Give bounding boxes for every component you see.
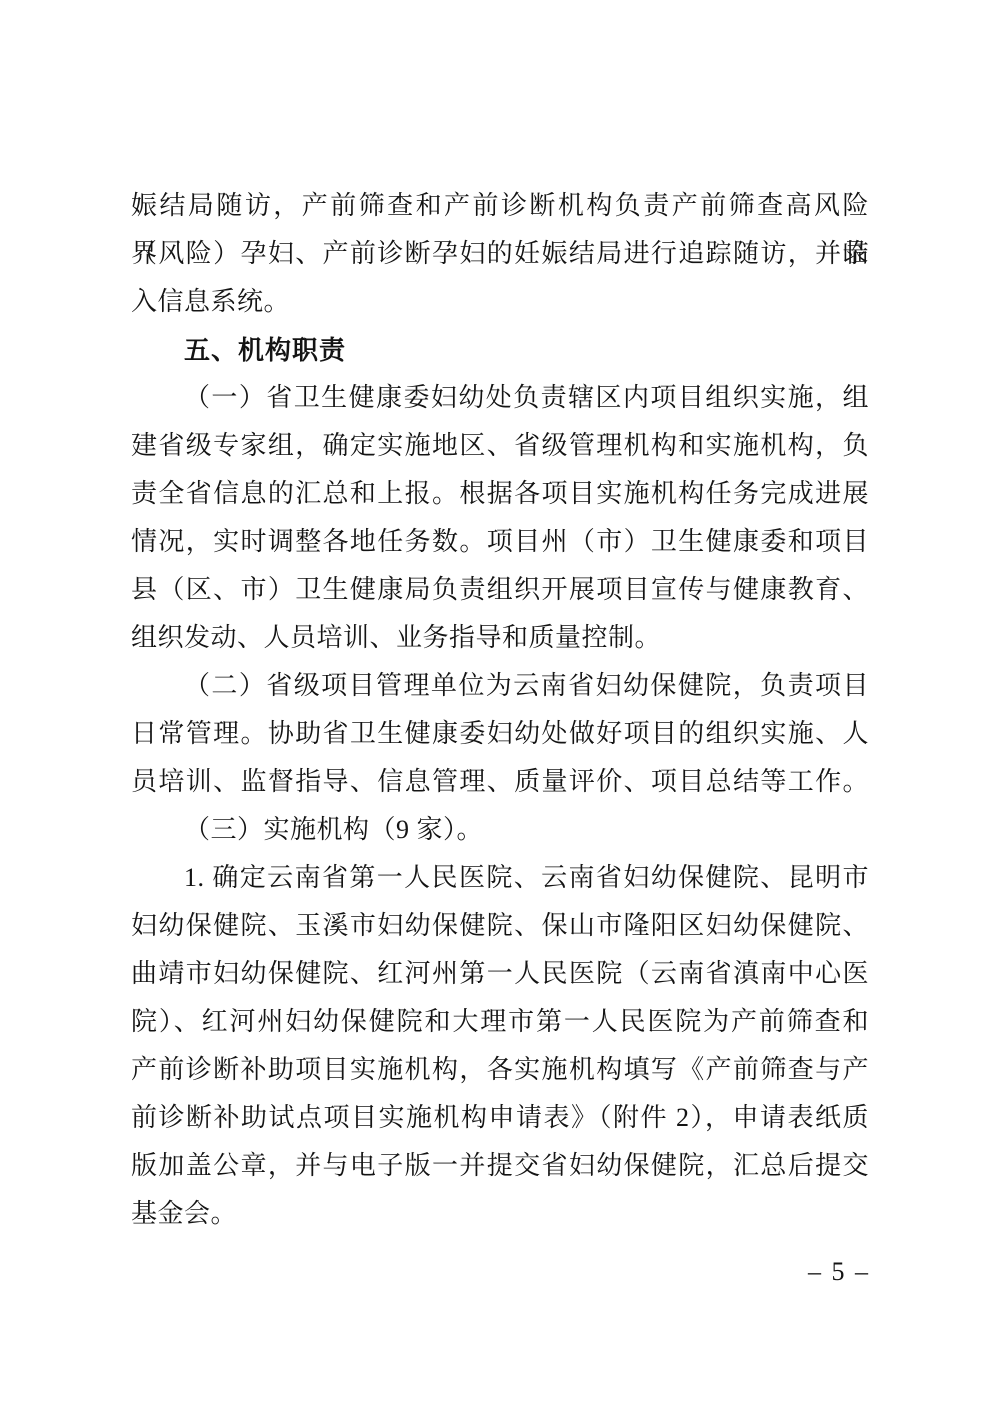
document-line: 曲靖市妇幼保健院、红河州第一人民医院（云南省滇南中心医 [131,950,869,998]
section-heading: 五、机构职责 [131,326,869,374]
document-line: 责全省信息的汇总和上报。根据各项目实施机构任务完成进展 [131,470,869,518]
document-body: 娠结局随访，产前筛查和产前诊断机构负责产前筛查高风险（临界风险）孕妇、产前诊断孕… [131,182,869,1238]
document-line: （一）省卫生健康委妇幼处负责辖区内项目组织实施，组 [131,374,869,422]
page-number: – 5 – [808,1252,870,1292]
document-line: 界风险）孕妇、产前诊断孕妇的妊娠结局进行追踪随访，并录 [131,230,869,278]
document-line: 院）、红河州妇幼保健院和大理市第一人民医院为产前筛查和 [131,998,869,1046]
document-line: 日常管理。协助省卫生健康委妇幼处做好项目的组织实施、人 [131,710,869,758]
document-line: 基金会。 [131,1190,869,1238]
document-line: 建省级专家组，确定实施地区、省级管理机构和实施机构，负 [131,422,869,470]
document-line: 员培训、监督指导、信息管理、质量评价、项目总结等工作。 [131,758,869,806]
document-line: 情况，实时调整各地任务数。项目州（市）卫生健康委和项目 [131,518,869,566]
document-line: （三）实施机构（9 家）。 [131,806,869,854]
document-line: 前诊断补助试点项目实施机构申请表》（附件 2），申请表纸质 [131,1094,869,1142]
document-line: 娠结局随访，产前筛查和产前诊断机构负责产前筛查高风险（临 [131,182,869,230]
document-line: 产前诊断补助项目实施机构，各实施机构填写《产前筛查与产 [131,1046,869,1094]
document-line: 组织发动、人员培训、业务指导和质量控制。 [131,614,869,662]
document-line: 1. 确定云南省第一人民医院、云南省妇幼保健院、昆明市 [131,854,869,902]
document-line: 县（区、市）卫生健康局负责组织开展项目宣传与健康教育、 [131,566,869,614]
document-line: 版加盖公章，并与电子版一并提交省妇幼保健院，汇总后提交 [131,1142,869,1190]
document-line: 入信息系统。 [131,278,869,326]
document-line: 妇幼保健院、玉溪市妇幼保健院、保山市隆阳区妇幼保健院、 [131,902,869,950]
document-line: （二）省级项目管理单位为云南省妇幼保健院，负责项目 [131,662,869,710]
document-page: 娠结局随访，产前筛查和产前诊断机构负责产前筛查高风险（临界风险）孕妇、产前诊断孕… [0,0,1000,1414]
